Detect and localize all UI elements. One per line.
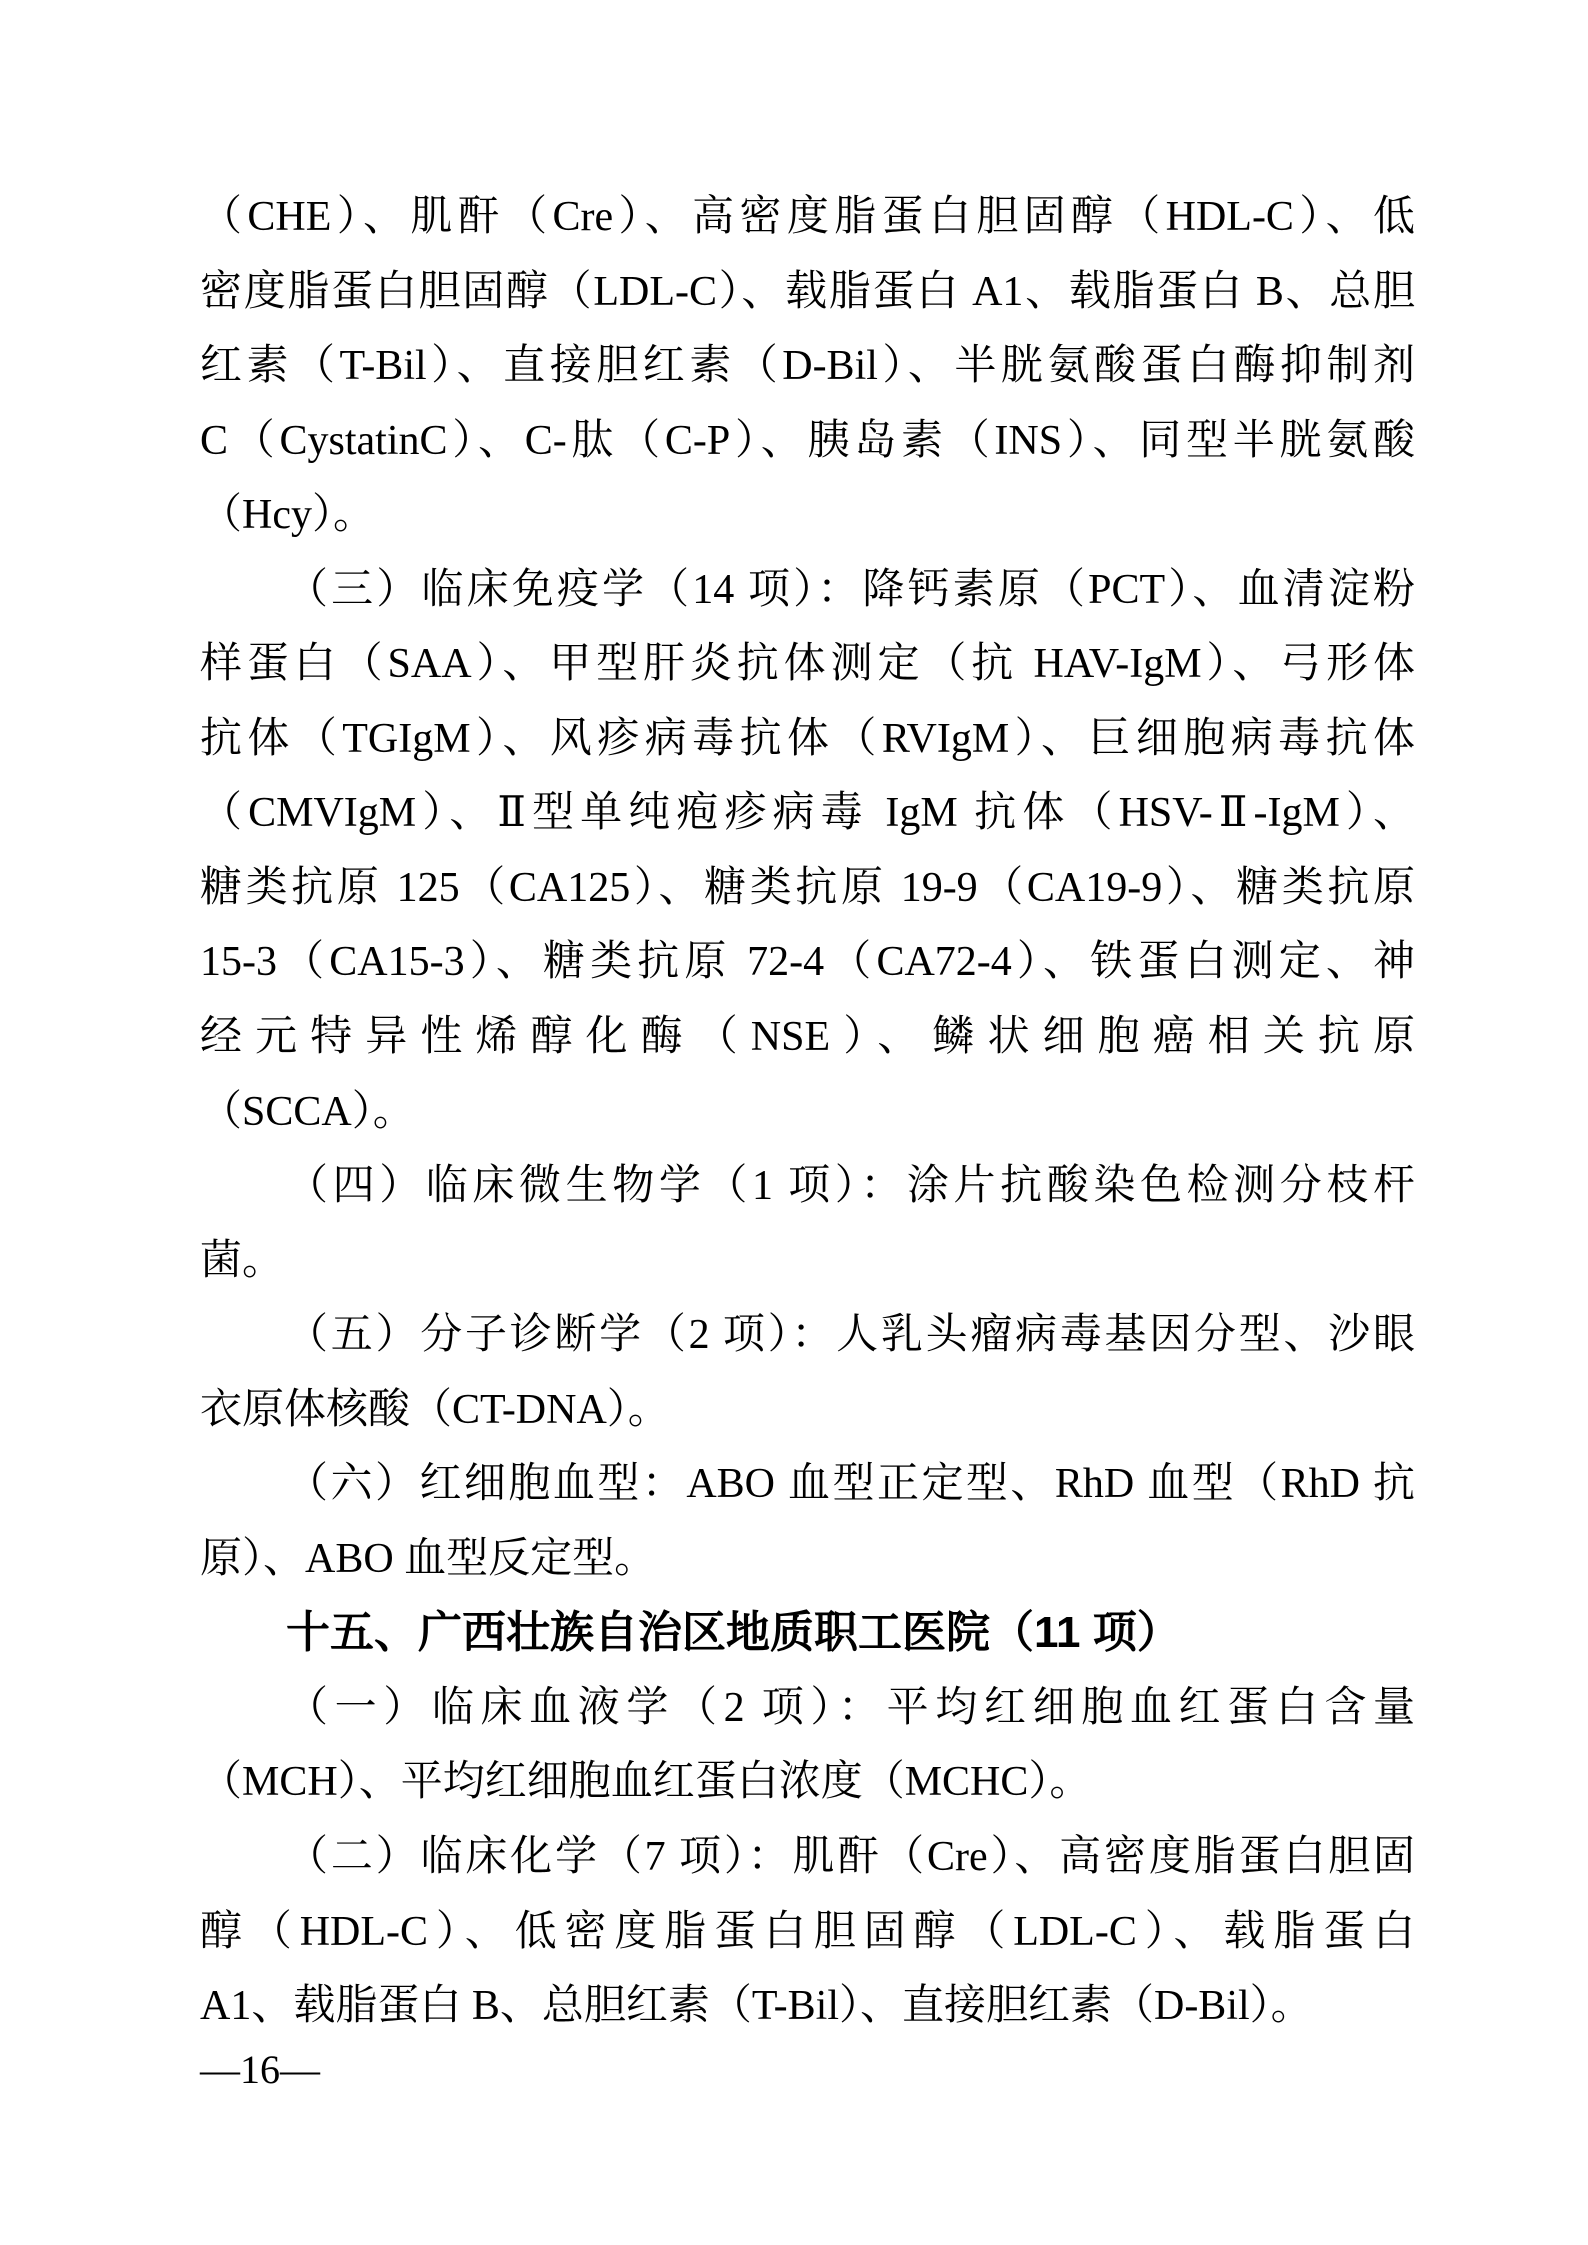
text-line: （五）分子诊断学（2 项）：人乳头瘤病毒基因分型、沙眼 <box>200 1298 1415 1373</box>
text-line: A1、载脂蛋白 B、总胆红素（T-Bil）、直接胆红素（D-Bil）。 <box>200 1969 1415 2044</box>
text-line: 衣原体核酸（CT-DNA）。 <box>200 1373 1415 1448</box>
document-body: （CHE）、肌酐（Cre）、高密度脂蛋白胆固醇（HDL-C）、低密度脂蛋白胆固醇… <box>200 180 1415 2044</box>
text-line: 经元特异性烯醇化酶（NSE）、鳞状细胞癌相关抗原 <box>200 1000 1415 1075</box>
text-line: 抗体（TGIgM）、风疹病毒抗体（RVIgM）、巨细胞病毒抗体 <box>200 702 1415 777</box>
text-line: （四）临床微生物学（1 项）：涂片抗酸染色检测分枝杆 <box>200 1149 1415 1224</box>
text-line: （CHE）、肌酐（Cre）、高密度脂蛋白胆固醇（HDL-C）、低 <box>200 180 1415 255</box>
text-line: （三）临床免疫学（14 项）：降钙素原（PCT）、血清淀粉 <box>200 553 1415 628</box>
text-line: （Hcy）。 <box>200 478 1415 553</box>
text-line: （二）临床化学（7 项）：肌酐（Cre）、高密度脂蛋白胆固 <box>200 1820 1415 1895</box>
text-line: （MCH）、平均红细胞血红蛋白浓度（MCHC）。 <box>200 1745 1415 1820</box>
text-line: 原）、ABO 血型反定型。 <box>200 1522 1415 1597</box>
text-line: C（CystatinC）、C-肽（C-P）、胰岛素（INS）、同型半胱氨酸 <box>200 404 1415 479</box>
text-line: 样蛋白（SAA）、甲型肝炎抗体测定（抗 HAV-IgM）、弓形体 <box>200 627 1415 702</box>
text-line: （SCCA）。 <box>200 1075 1415 1150</box>
page-number: —16— <box>200 2048 320 2092</box>
text-line: 菌。 <box>200 1224 1415 1299</box>
text-line: 红素（T-Bil）、直接胆红素（D-Bil）、半胱氨酸蛋白酶抑制剂 <box>200 329 1415 404</box>
text-line: 15-3（CA15-3）、糖类抗原 72-4（CA72-4）、铁蛋白测定、神 <box>200 925 1415 1000</box>
text-line: 密度脂蛋白胆固醇（LDL-C）、载脂蛋白 A1、载脂蛋白 B、总胆 <box>200 255 1415 330</box>
text-line: （CMVIgM）、Ⅱ型单纯疱疹病毒 IgM 抗体（HSV-Ⅱ-IgM）、 <box>200 776 1415 851</box>
text-line: （六）红细胞血型：ABO 血型正定型、RhD 血型（RhD 抗 <box>200 1447 1415 1522</box>
text-line: （一）临床血液学（2 项）：平均红细胞血红蛋白含量 <box>200 1671 1415 1746</box>
section-heading: 十五、广西壮族自治区地质职工医院（11 项） <box>200 1596 1415 1671</box>
text-line: 醇（HDL-C）、低密度脂蛋白胆固醇（LDL-C）、载脂蛋白 <box>200 1895 1415 1970</box>
document-page: （CHE）、肌酐（Cre）、高密度脂蛋白胆固醇（HDL-C）、低密度脂蛋白胆固醇… <box>0 0 1588 2245</box>
text-line: 糖类抗原 125（CA125）、糖类抗原 19-9（CA19-9）、糖类抗原 <box>200 851 1415 926</box>
